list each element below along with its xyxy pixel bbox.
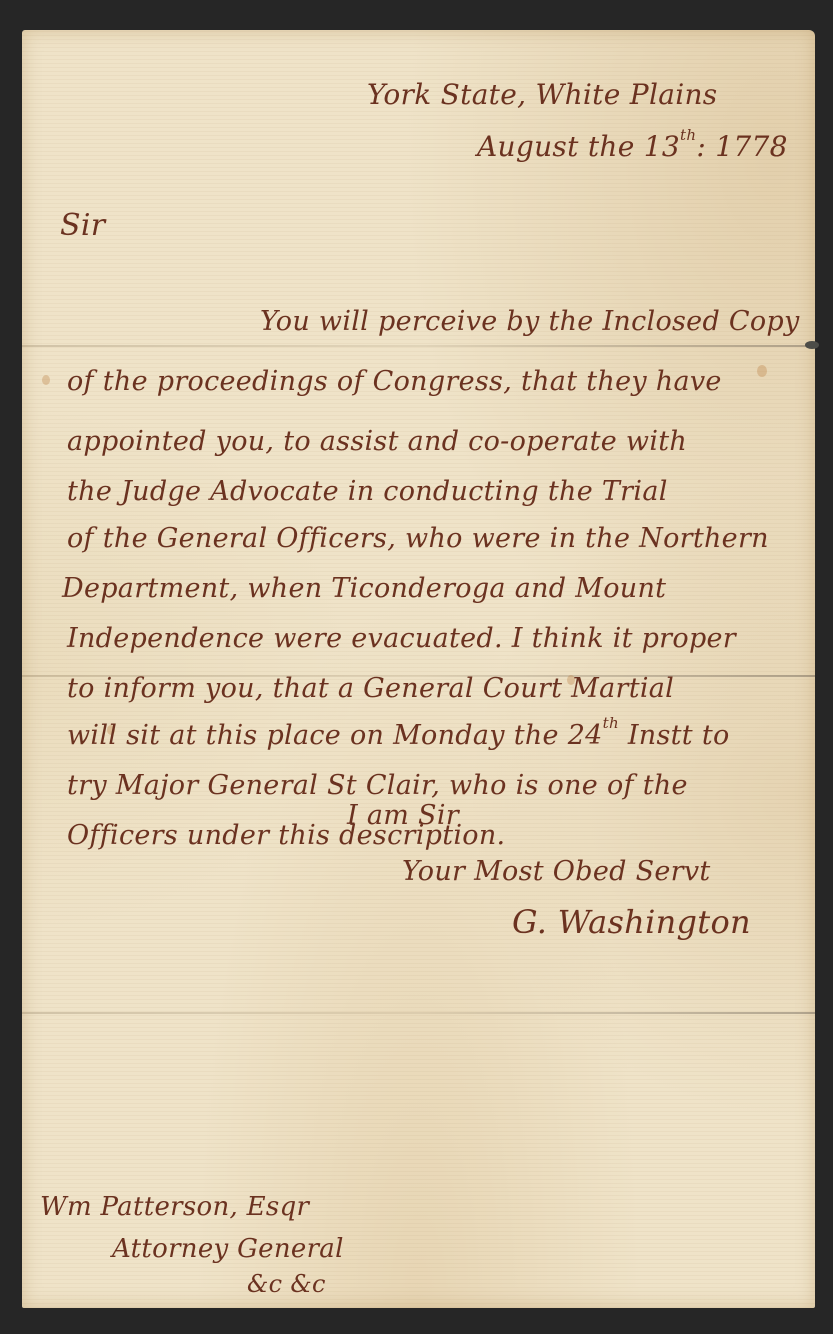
addressee-suffix: &c &c — [247, 1270, 326, 1298]
body-line: of the proceedings of Congress, that the… — [67, 366, 722, 397]
body-superscript: th — [603, 714, 619, 732]
body-line: of the General Officers, who were in the… — [67, 523, 769, 554]
fold-line — [22, 345, 815, 347]
addressee-title: Attorney General — [112, 1234, 344, 1264]
body-line: appointed you, to assist and co-operate … — [67, 426, 687, 457]
letter-place: York State, White Plains — [367, 78, 717, 111]
date-superscript: th — [680, 126, 696, 144]
body-text: Instt to — [628, 720, 730, 751]
fold-line — [22, 1012, 815, 1014]
closing-line: Your Most Obed Servt — [402, 856, 711, 887]
body-line: Department, when Ticonderoga and Mount — [62, 573, 666, 604]
closing-line: I am Sir — [347, 800, 459, 831]
body-text: will sit at this place on Monday the 24 — [67, 720, 603, 751]
body-line: You will perceive by the Inclosed Copy — [260, 306, 800, 337]
body-line: to inform you, that a General Court Mart… — [67, 673, 674, 704]
body-line: the Judge Advocate in conducting the Tri… — [67, 476, 668, 507]
letter-paper: York State, White Plains August the 13th… — [22, 30, 815, 1308]
stain — [757, 365, 767, 377]
stain — [42, 375, 50, 385]
document-viewer: York State, White Plains August the 13th… — [0, 0, 833, 1334]
body-line: try Major General St Clair, who is one o… — [67, 770, 688, 801]
body-line: will sit at this place on Monday the 24t… — [67, 720, 730, 751]
letter-date: August the 13th: 1778 — [477, 130, 788, 163]
salutation: Sir — [60, 208, 105, 243]
addressee-name: Wm Patterson, Esqr — [40, 1192, 309, 1222]
signature: G. Washington — [512, 903, 751, 941]
body-line: Independence were evacuated. I think it … — [67, 623, 736, 654]
paper-tear — [805, 341, 819, 349]
date-year: : 1778 — [696, 130, 787, 163]
date-text: August the 13 — [477, 130, 680, 163]
